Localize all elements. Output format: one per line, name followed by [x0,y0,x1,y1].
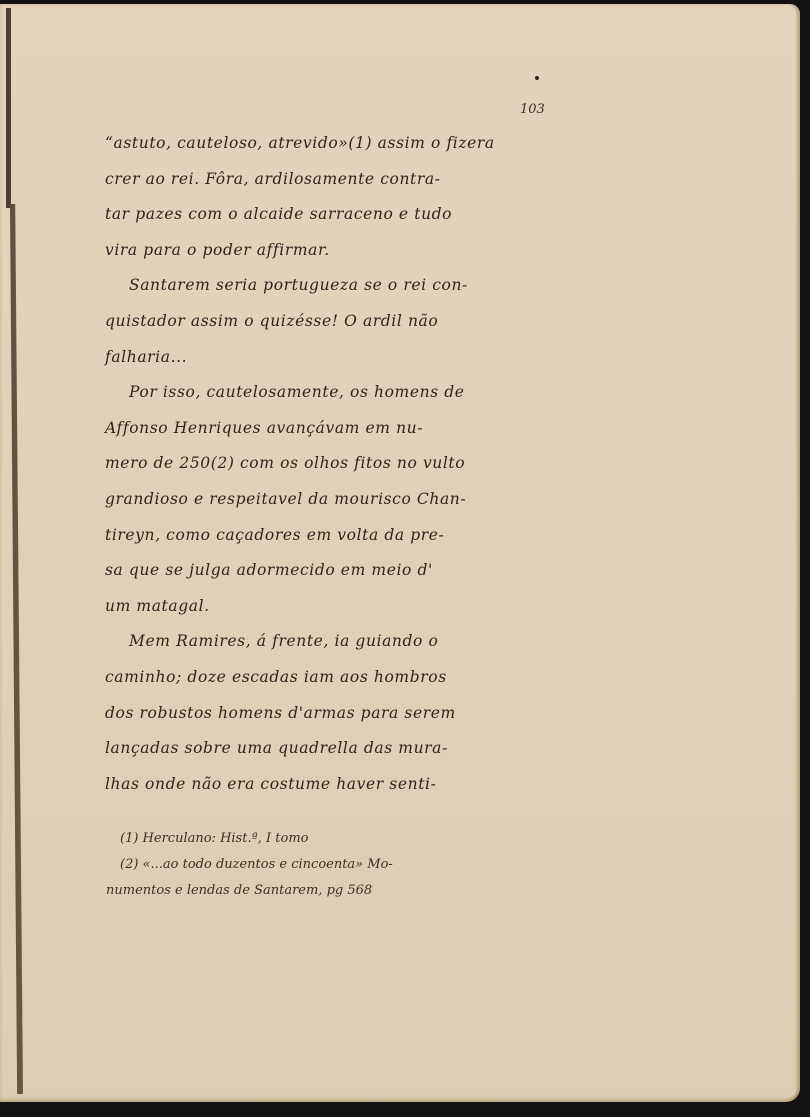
binding-edge [6,8,11,208]
body-line: mero de 250(2) com os olhos fitos no vul… [105,446,575,482]
manuscript-page: 103 “astuto, cauteloso, atrevido»(1) ass… [0,4,800,1102]
body-line: tar pazes com o alcaide sarraceno e tudo [105,197,575,233]
body-line: Affonso Henriques avançávam em nu- [105,411,575,447]
body-line: sa que se julga adormecido em meio d' [105,553,575,589]
body-line: caminho; doze escadas iam aos hombros [105,660,575,696]
body-line: lhas onde não era costume haver senti- [105,767,575,803]
footnote-1: (1) Herculano: Hist.ª, I tomo [120,826,580,852]
body-line: falharia... [105,340,575,376]
body-line: Mem Ramires, á frente, ia guiando o [105,624,575,660]
body-line: vira para o poder affirmar. [105,233,575,269]
body-line: “astuto, cauteloso, atrevido»(1) assim o… [105,126,575,162]
manuscript-body: “astuto, cauteloso, atrevido»(1) assim o… [105,126,575,802]
body-line: tireyn, como caçadores em volta da pre- [105,518,575,554]
body-line: Por isso, cautelosamente, os homens de [105,375,575,411]
body-line: um matagal. [105,589,575,625]
footnote-2-continued: numentos e lendas de Santarem, pg 568 [106,878,580,904]
footnotes: (1) Herculano: Hist.ª, I tomo (2) «...ao… [120,826,580,904]
body-line: crer ao rei. Fôra, ardilosamente contra- [105,162,575,198]
ink-mark [535,76,539,80]
body-line: lançadas sobre uma quadrella das mura- [105,731,575,767]
body-line: Santarem seria portugueza se o rei con- [105,268,575,304]
footnote-2: (2) «...ao todo duzentos e cincoenta» Mo… [120,852,580,878]
body-line: dos robustos homens d'armas para serem [105,696,575,732]
body-line: quistador assim o quizésse! O ardil não [105,304,575,340]
binding-shadow [10,204,23,1094]
page-number: 103 [520,102,545,117]
body-line: grandioso e respeitavel da mourisco Chan… [105,482,575,518]
